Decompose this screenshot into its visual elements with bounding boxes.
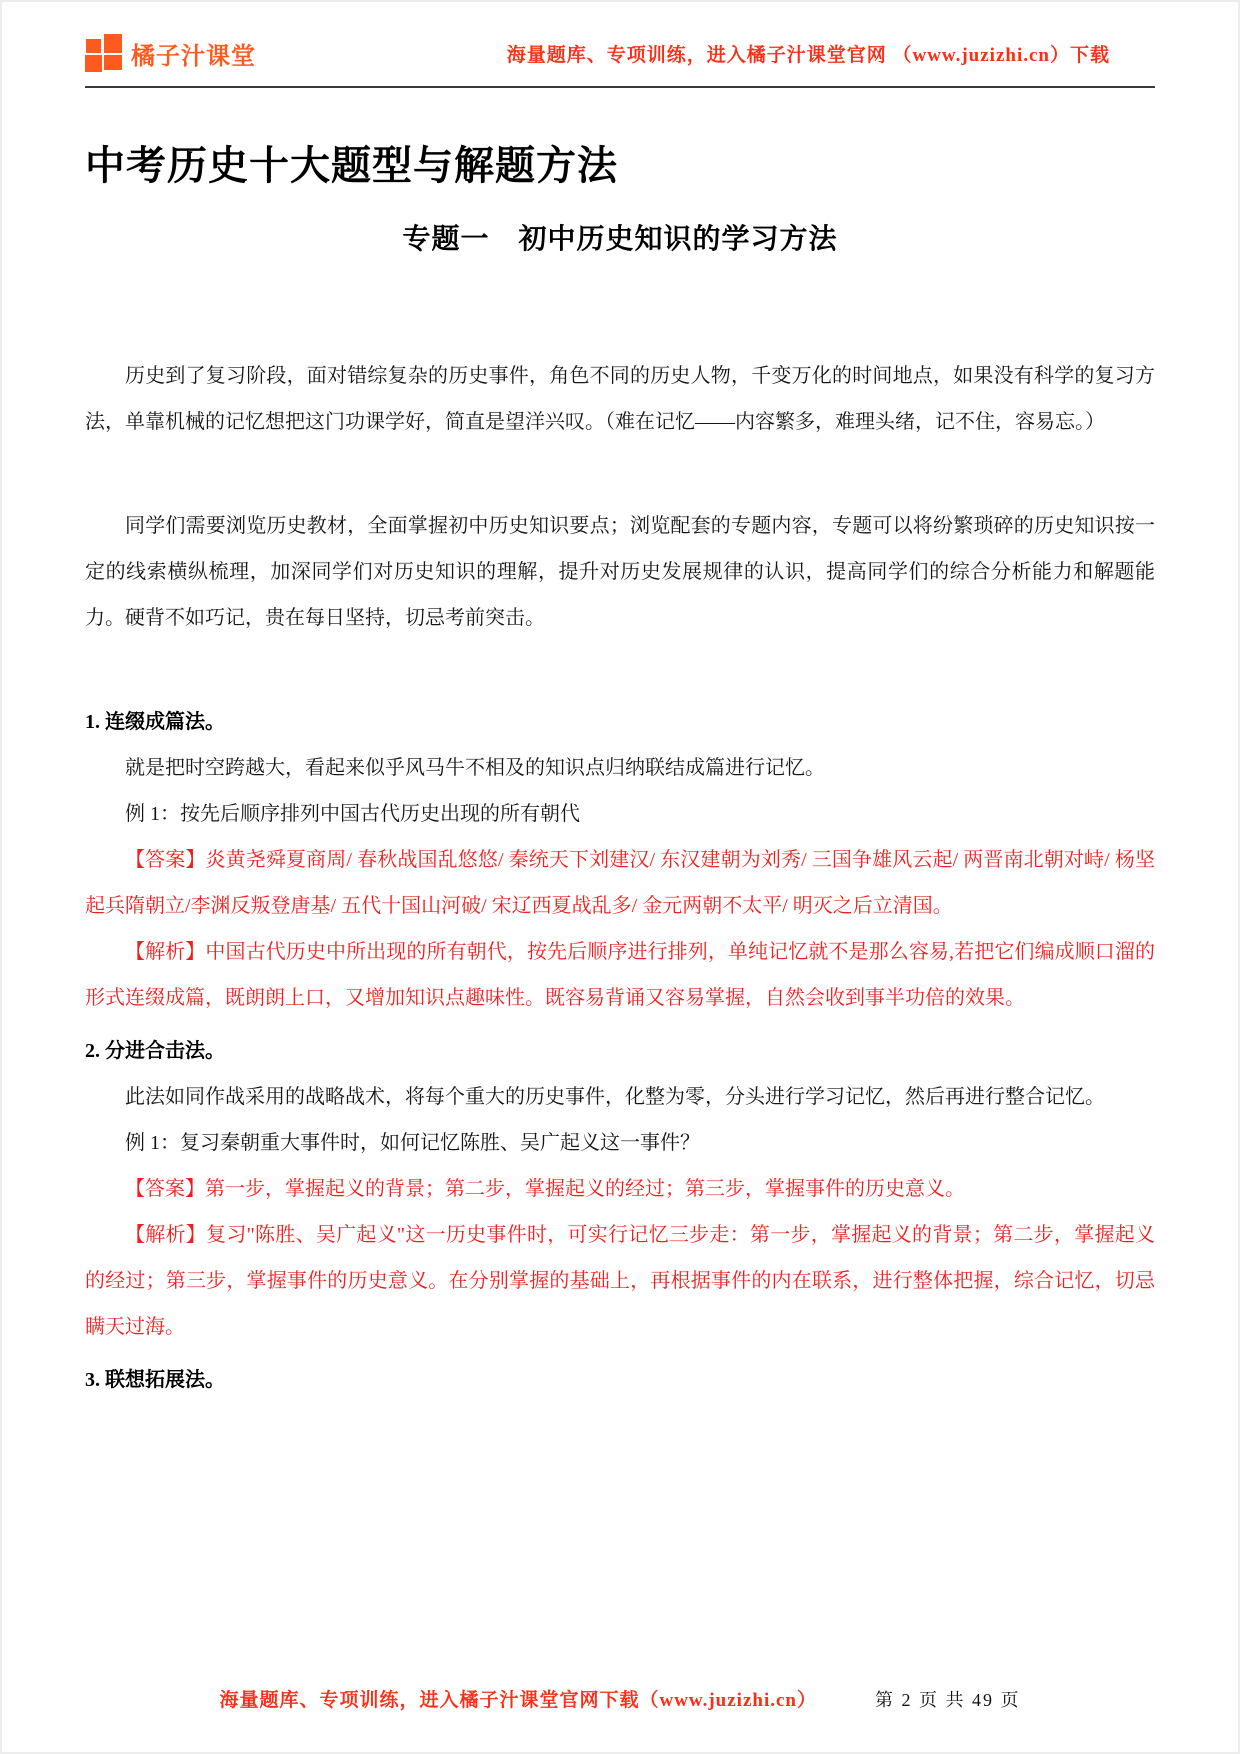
method-1-analysis: 【解析】中国古代历史中所出现的所有朝代，按先后顺序进行排列，单纯记忆就不是那么容… (85, 929, 1155, 1021)
section-heading-3: 3. 联想拓展法。 (85, 1357, 1155, 1403)
document-page: 橘子汁课堂 海量题库、专项训练，进入橘子汁课堂官网 （www.juzizhi.c… (0, 0, 1240, 1754)
logo-square (104, 55, 122, 70)
method-1-example: 例 1：按先后顺序排列中国古代历史出现的所有朝代 (85, 791, 1155, 837)
method-1-description: 就是把时空跨越大，看起来似乎风马牛不相及的知识点归纳联结成篇进行记忆。 (85, 745, 1155, 791)
method-2-answer: 【答案】第一步，掌握起义的背景；第二步，掌握起义的经过；第三步，掌握事件的历史意… (85, 1166, 1155, 1212)
logo-square (104, 34, 122, 53)
method-2-example: 例 1：复习秦朝重大事件时，如何记忆陈胜、吴广起义这一事件？ (85, 1120, 1155, 1166)
page-number: 第 2 页 共 49 页 (875, 1686, 1021, 1712)
section-heading-2: 2. 分进合击法。 (85, 1028, 1155, 1074)
brand-name: 橘子汁课堂 (131, 36, 256, 71)
method-2-analysis: 【解析】复习"陈胜、吴广起义"这一历史事件时，可实行记忆三步走：第一步，掌握起义… (85, 1212, 1155, 1350)
page-header: 橘子汁课堂 海量题库、专项训练，进入橘子汁课堂官网 （www.juzizhi.c… (0, 0, 1240, 72)
page-title: 中考历史十大题型与解题方法 (85, 134, 1155, 191)
page-subtitle: 专题一 初中历史知识的学习方法 (85, 217, 1155, 257)
logo-square (85, 55, 102, 72)
brand-logo-icon (85, 34, 123, 72)
document-body: 中考历史十大题型与解题方法 专题一 初中历史知识的学习方法 历史到了复习阶段，面… (0, 134, 1240, 1403)
logo-square (86, 39, 101, 53)
method-1-answer: 【答案】炎黄尧舜夏商周/ 春秋战国乱悠悠/ 秦统天下刘建汉/ 东汉建朝为刘秀/ … (85, 837, 1155, 929)
method-2-description: 此法如同作战采用的战略战术，将每个重大的历史事件，化整为零，分头进行学习记忆，然… (85, 1074, 1155, 1120)
header-divider (85, 86, 1155, 88)
footer-promo: 海量题库、专项训练，进入橘子汁课堂官网下载（www.juzizhi.cn） (219, 1685, 817, 1712)
header-promo: 海量题库、专项训练，进入橘子汁课堂官网 （www.juzizhi.cn）下载 (507, 40, 1110, 67)
brand: 橘子汁课堂 (85, 34, 256, 72)
paragraph-intro-2: 同学们需要浏览历史教材，全面掌握初中历史知识要点；浏览配套的专题内容，专题可以将… (85, 503, 1155, 641)
paragraph-intro-1: 历史到了复习阶段，面对错综复杂的历史事件，角色不同的历史人物，千变万化的时间地点… (85, 353, 1155, 445)
page-footer: 海量题库、专项训练，进入橘子汁课堂官网下载（www.juzizhi.cn） 第 … (0, 1685, 1240, 1712)
section-heading-1: 1. 连缀成篇法。 (85, 699, 1155, 745)
